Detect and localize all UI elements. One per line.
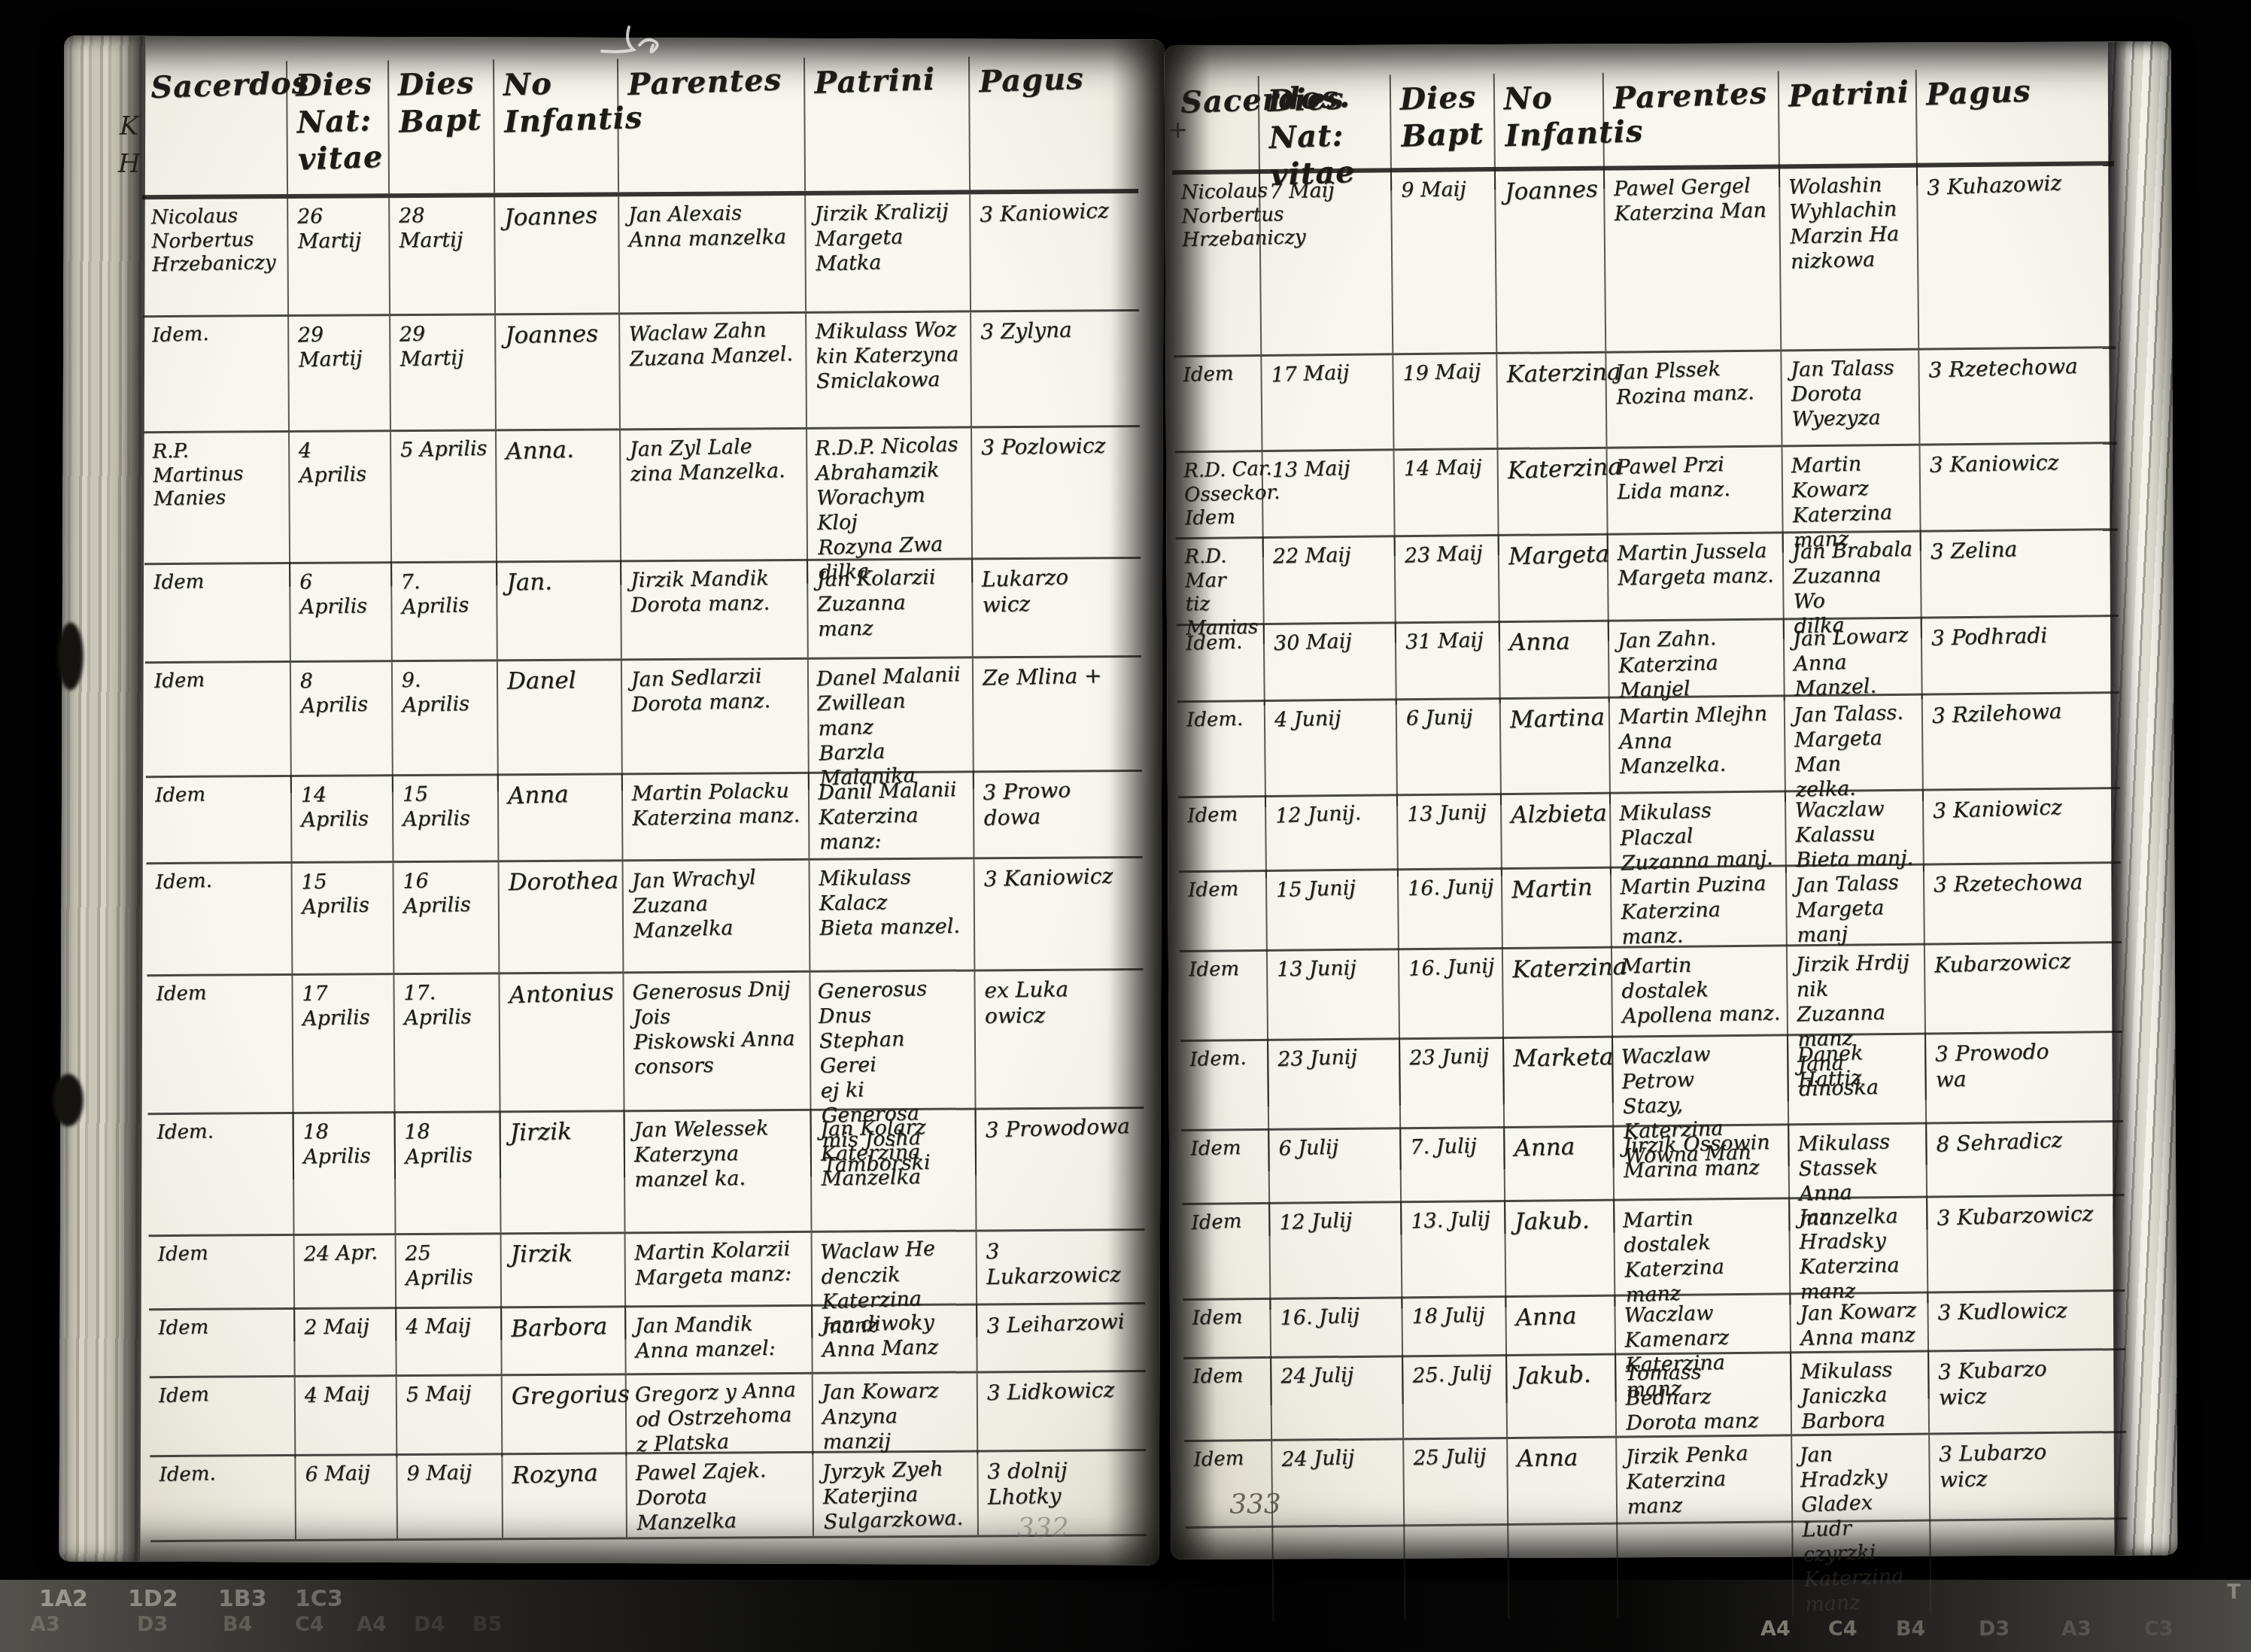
cell-dies_nat: 2 Maij <box>293 1309 396 1374</box>
register-row: Idem24 Julij25 JulijAnnaJirzik Penka Kat… <box>1184 1433 2127 1529</box>
film-frame-code: C4 <box>295 1613 324 1636</box>
cell-dies_nat: 4 Maij <box>294 1377 396 1458</box>
cell-parentes: Tomass Bednarz Dorota manz <box>1615 1353 1791 1436</box>
cell-dies_nat: 14 Aprilis <box>290 776 393 861</box>
header-pagus: Pagus <box>968 56 1138 190</box>
infans-text: Katerzina <box>1512 953 1627 985</box>
parentes-text: Pawel Przi Lida manz. <box>1616 453 1730 506</box>
sacerdos-text: Idem. <box>155 869 212 894</box>
dies_nat-text: 6 Aprilis <box>299 569 385 621</box>
cell-dies_bapt: 28 Martij <box>388 197 494 314</box>
dies_bapt-text: 25 Julij <box>1413 1445 1487 1472</box>
parentes-text: Jirzik Ossowin Marina manz <box>1623 1131 1771 1184</box>
dies_bapt-text: 19 Maij <box>1402 360 1481 387</box>
sacerdos-text: Idem <box>1193 1447 1244 1473</box>
pagus-text: 3 Podhradi <box>1931 623 2048 651</box>
pagus-text: 8 Sehradicz <box>1936 1127 2063 1157</box>
cell-infans: Barbora <box>501 1308 625 1374</box>
parentes-text: Tomass Bednarz Dorota manz <box>1625 1359 1785 1436</box>
register-row: R.P. Martinus Manies4 Aprilis5 AprilisAn… <box>144 427 1141 565</box>
cell-infans: Joannes <box>1494 171 1605 352</box>
sacerdos-text: Idem. <box>1185 630 1242 656</box>
film-code-strip: T 1A21D21B31C3A3D3B4C4A4D4B5A4C4B4D3A3C3 <box>0 1580 2251 1652</box>
register-table-left: Sacerdos.Dies Nat: vitaeDies BaptNo Infa… <box>141 56 1147 1542</box>
cell-dies_nat: 6 Aprilis <box>289 563 391 660</box>
cell-dies_bapt: 7. Aprilis <box>390 563 497 660</box>
dies_bapt-text: 5 Aprilis <box>400 436 488 463</box>
cell-infans: Katerzina <box>1496 354 1605 448</box>
register-row: Idem8 Aprilis9. AprilisDanelJan Sedlarzi… <box>145 657 1142 778</box>
dies_nat-text: 13 Junij <box>1277 956 1356 982</box>
patrini-text: Waczlaw Kalassu Bieta manj. <box>1795 797 1918 873</box>
infans-text: Anna <box>1514 1133 1575 1163</box>
infans-text: Anna <box>508 780 570 810</box>
cell-dies_bapt: 13. Julij <box>1401 1202 1505 1308</box>
sacerdos-text: Idem <box>154 669 205 694</box>
pagus-text: ex Luka owicz <box>984 976 1069 1029</box>
film-corner-mark: T <box>2227 1581 2240 1604</box>
cell-dies_bapt: 19 Maij <box>1393 354 1497 448</box>
dies_bapt-text: 6 Junij <box>1406 706 1473 732</box>
cell-infans: Dorothea <box>498 861 622 972</box>
cell-infans: Jakub. <box>1505 1355 1615 1437</box>
cell-dies_nat: 6 Maij <box>294 1456 396 1539</box>
register-row: Idem.29 Martij29 MartijJoannesWaclaw Zah… <box>143 312 1140 433</box>
cell-infans: Gregorius <box>501 1375 625 1456</box>
cell-patrini: Jan Kolarzii Zuzanna manz <box>807 560 972 657</box>
infans-text: Anna <box>1509 628 1571 657</box>
sacerdos-text: Idem <box>158 1383 209 1409</box>
infans-text: Marketa <box>1513 1043 1614 1073</box>
cell-infans: Joannes <box>494 196 618 314</box>
patrini-text: Wolashin Wyhlachin Marzin Ha nizkowa <box>1788 173 1900 275</box>
infans-text: Rozyna <box>512 1459 599 1491</box>
cell-parentes: Jirzik Mandik Dorota manz. <box>620 561 808 659</box>
pagus-text: 3 Pozlowicz <box>981 433 1106 460</box>
cell-dies_nat: 12 Julij <box>1268 1203 1402 1309</box>
film-frame-code: A3 <box>30 1613 60 1636</box>
cell-patrini: Jan Lowarz Anna Manzel. <box>1783 619 1921 701</box>
cell-dies_nat: 4 Junij <box>1264 701 1397 807</box>
microfilm-scan: K H Sacerdos.Dies Nat: vitaeDies BaptNo … <box>0 0 2251 1652</box>
film-frame-code: 1A2 <box>39 1586 88 1612</box>
cell-infans: Jakub. <box>1504 1201 1615 1307</box>
sacerdos-text: Idem <box>1188 877 1239 903</box>
parentes-text: Generosus Dnij Jois Piskowski Anna conso… <box>632 976 805 1080</box>
cell-pagus: 3 Leiharzowi <box>976 1304 1146 1371</box>
patrini-text: Mikulass Kalacz Bieta manzel. <box>819 864 968 941</box>
sacerdos-text: Idem. <box>152 323 209 348</box>
header-label: Parentes <box>1613 75 1769 117</box>
pagus-text: 3 Kuhazowiz <box>1927 170 2062 201</box>
register-row: Idem.6 Maij9 MaijRozynaPawel Zajek. Doro… <box>150 1451 1147 1543</box>
register-row: Idem14 Aprilis15 AprilisAnnaMartin Polac… <box>146 772 1143 864</box>
film-frame-code: B4 <box>223 1613 252 1636</box>
parentes-text: Jan Sedlarzii Dorota manz. <box>630 664 770 718</box>
sacerdos-text: Idem. <box>1189 1046 1247 1072</box>
dies_nat-text: 17 Aprilis <box>302 980 388 1032</box>
scratch-artifact <box>594 21 692 59</box>
dies_nat-text: 18 Aprilis <box>302 1119 388 1170</box>
film-frame-code: A4 <box>357 1613 387 1636</box>
dies_bapt-text: 25. Julij <box>1412 1361 1493 1389</box>
infans-text: Barbora <box>511 1313 608 1344</box>
dies_nat-text: 24 Julij <box>1281 1446 1355 1473</box>
sacerdos-text: Idem <box>1183 363 1234 388</box>
cell-sacerdos: Idem <box>1178 797 1265 879</box>
header-label: Patrini <box>1788 74 1910 116</box>
dies_nat-text: 14 Aprilis <box>300 782 386 833</box>
parentes-text: Pawel Zajek. Dorota Manzelka <box>635 1457 807 1536</box>
cell-parentes: Jan Wrachyl Zuzana Manzelka <box>621 861 810 971</box>
header-infans: No Infantis <box>493 59 617 193</box>
dies_bapt-text: 25 Aprilis <box>405 1240 495 1292</box>
register-row: Idem4 Maij5 MaijGregoriusGregorz y Anna … <box>150 1372 1147 1457</box>
sacerdos-text: R.P. Martinus Manies <box>152 437 283 512</box>
cell-dies_bapt: 15 Aprilis <box>392 776 498 861</box>
cell-patrini: Mikulass Janiczka Barbora <box>1790 1352 1928 1434</box>
cell-dies_bapt: 18 Aprilis <box>394 1113 500 1233</box>
pagus-text: 3 Leiharzowi <box>986 1309 1125 1339</box>
infans-text: Gregorius <box>512 1380 630 1411</box>
dies_nat-text: 4 Maij <box>304 1382 370 1409</box>
register-row: R.D. Mar tiz Manias22 Maij23 MaijMargeta… <box>1176 530 2119 626</box>
infans-text: Margeta <box>1508 540 1610 572</box>
dies_nat-text: 12 Junij. <box>1275 802 1362 830</box>
dies_nat-text: 30 Maij <box>1274 630 1353 657</box>
cell-sacerdos: Idem <box>144 564 290 661</box>
cell-dies_bapt: 29 Martij <box>389 316 495 430</box>
cell-dies_bapt: 25. Julij <box>1402 1356 1507 1438</box>
cell-pagus: 3 Kaniowicz <box>973 858 1143 969</box>
cell-pagus: 3 Rzetechowa <box>1923 864 2122 946</box>
dies_bapt-text: 7. Aprilis <box>400 568 491 621</box>
dies_nat-text: 4 Aprilis <box>298 437 384 489</box>
cell-sacerdos: Idem <box>150 1377 295 1459</box>
dies_nat-text: 7 Maij <box>1269 179 1335 205</box>
sacerdos-text: R.D. Car. Osseckor. Idem <box>1183 457 1281 532</box>
cell-parentes: Jan Sedlarzii Dorota manz. <box>620 660 808 791</box>
sacerdos-text: Idem <box>1187 803 1238 829</box>
header-sacerdos: Sacerdos. <box>141 61 287 195</box>
cell-parentes: Gregorz y Anna od Ostrzehoma z Platska <box>624 1374 813 1456</box>
sacerdos-text: Idem. <box>159 1462 216 1487</box>
cell-sacerdos: Idem. <box>143 317 288 430</box>
film-frame-code: C4 <box>1828 1617 1858 1641</box>
patrini-text: Mikulass Janiczka Barbora <box>1800 1357 1923 1435</box>
cell-patrini: Jan Talass Margeta manj <box>1785 865 1924 947</box>
film-frame-code: 1B3 <box>218 1586 267 1612</box>
sacerdos-text: Idem <box>156 982 207 1007</box>
sacerdos-text: Idem <box>1191 1210 1242 1235</box>
dies_nat-text: 26 Martij <box>297 203 383 254</box>
film-frame-code: D3 <box>137 1613 168 1636</box>
parentes-text: Martin Mlejhn Anna Manzelka. <box>1618 702 1779 780</box>
cell-dies_nat: 12 Junij. <box>1265 797 1397 878</box>
dies_bapt-text: 9 Maij <box>1401 178 1466 204</box>
cell-patrini: Jan Brabala Zuzanna Wo dilka <box>1782 533 1921 639</box>
film-frame-code: 1C3 <box>295 1586 343 1612</box>
header-label: Dies Nat: vitae <box>1267 80 1386 194</box>
parentes-text: Martin Jussela Margeta manz. <box>1618 539 1775 592</box>
page-number: 333 <box>1229 1489 1281 1520</box>
sacerdos-text: Idem <box>1189 958 1240 982</box>
margin-annotation: K <box>120 111 139 141</box>
cell-patrini: Jan Hradsky Katerzina manz <box>1788 1198 1927 1304</box>
cell-pagus: 3 Lidkowicz <box>977 1372 1147 1453</box>
patrini-text: Danil Malanii Katerzina manz: <box>818 777 968 855</box>
sacerdos-text: Idem <box>157 1242 208 1268</box>
cell-dies_nat: 29 Martij <box>287 317 390 430</box>
film-frame-code: A4 <box>1760 1617 1791 1641</box>
cell-infans: Rozyna <box>502 1454 626 1538</box>
dies_nat-text: 29 Martij <box>297 321 384 374</box>
pagus-text: 3 Kudlowicz <box>1937 1298 2067 1326</box>
pagus-text: 3 dolnij Lhotky <box>987 1456 1141 1511</box>
patrini-text: R.D.P. Nicolas Abrahamzik Worachym Kloj … <box>815 433 967 585</box>
cell-dies_bapt: 9 Maij <box>1390 172 1496 353</box>
register-row: Idem6 Julij7. JulijAnnaJirzik Ossowin Ma… <box>1181 1122 2124 1205</box>
parentes-text: Martin dostalek Apollena manz. <box>1621 952 1782 1029</box>
cell-sacerdos: Idem. <box>147 864 292 974</box>
film-frame-code: B5 <box>472 1613 502 1636</box>
film-frame-code: D4 <box>414 1613 445 1636</box>
register-row: Idem2 Maij4 MaijBarboraJan Mandik Anna m… <box>149 1304 1146 1378</box>
cell-patrini: Martin Kowarz Katerzina manz <box>1782 446 1920 552</box>
cell-sacerdos: Idem. <box>1177 702 1265 808</box>
table-header-row: Sacerdos.Dies Nat: vitaeDies BaptNo Infa… <box>141 56 1138 199</box>
cell-patrini: Danel Malanii Zwillean manz Barzla Malan… <box>807 659 973 790</box>
patrini-text: Jan Talass Margeta manj <box>1795 870 1918 948</box>
dies_bapt-text: 18 Julij <box>1412 1304 1486 1330</box>
patrini-text: Jan diwoky Anna Manz <box>822 1311 939 1364</box>
infans-text: Anna. <box>506 436 575 466</box>
cell-pagus: Lukarzo wicz <box>971 559 1141 657</box>
pagus-text: 3 Lukarzowicz <box>986 1236 1139 1291</box>
patrini-text: Jirzik Kralizij Margeta Matka <box>815 199 964 277</box>
infans-text: Martin <box>1511 873 1593 905</box>
dies_nat-text: 12 Julij <box>1279 1209 1353 1237</box>
sacerdos-text: Idem <box>1192 1306 1243 1332</box>
infans-text: Danel <box>507 667 576 696</box>
dies_bapt-text: 16 Aprilis <box>403 867 493 919</box>
cell-sacerdos: Idem. <box>150 1456 295 1541</box>
patrini-text: Jan Hradsky Katerzina manz <box>1799 1204 1921 1305</box>
cell-sacerdos: Idem <box>1179 872 1266 953</box>
pagus-text: 3 Kubarzowicz <box>1937 1201 2094 1231</box>
cell-parentes: Jan Alexais Anna manzelka <box>618 196 806 313</box>
patrini-text: Jan Kowarz Anzyna manzij <box>822 1378 971 1455</box>
header-dies_nat: Dies Nat: vitae <box>286 60 388 194</box>
infans-text: Joannes <box>1505 175 1599 207</box>
cell-dies_nat: 26 Martij <box>287 198 389 314</box>
parentes-text: Jan Alexais Anna manzelka <box>627 200 786 253</box>
parentes-text: Jirzik Mandik Dorota manz. <box>630 566 770 618</box>
cell-pagus: 3 Zylyna <box>970 312 1140 427</box>
cell-patrini: Danil Malanii Katerzina manz: <box>808 773 973 858</box>
register-right-page: + Sacerdos.Dies Nat: vitaeDies BaptNo In… <box>1165 41 2177 1559</box>
register-row: Idem12 Julij13. JulijJakub.Martin dostal… <box>1182 1196 2125 1301</box>
cell-pagus: 3 Rzetechowa <box>1918 348 2116 444</box>
cell-sacerdos: Idem. <box>148 1114 293 1234</box>
dies_bapt-text: 29 Martij <box>399 320 489 372</box>
infans-text: Antonius <box>509 978 614 1010</box>
dies_bapt-text: 18 Aprilis <box>404 1118 495 1171</box>
film-frame-code: A3 <box>2061 1617 2092 1641</box>
parentes-text: Jan Zahn. Katerzina Manjel <box>1618 624 1779 704</box>
infans-text: Joannes <box>505 320 599 351</box>
pagus-text: 3 Kaniowicz <box>1933 795 2062 824</box>
frayed-binding-edge <box>59 35 145 1561</box>
header-dies_bapt: Dies Bapt <box>387 59 494 193</box>
cell-parentes: Martin Mlejhn Anna Manzelka. <box>1609 697 1785 804</box>
table-header-row: Sacerdos.Dies Nat: vitaeDies BaptNo Infa… <box>1171 68 2114 175</box>
parentes-text: Martin Puzina Katerzina manz. <box>1620 871 1781 950</box>
parentes-text: Pawel Gergel Katerzina Man <box>1614 174 1767 227</box>
dies_nat-text: 16. Julij <box>1280 1304 1359 1332</box>
cell-dies_nat: 7 Maij <box>1259 173 1393 355</box>
patrini-text: Danek Hattiz <box>1797 1039 1919 1093</box>
infans-text: Jan. <box>506 568 553 597</box>
cell-dies_bapt: 31 Maij <box>1395 623 1499 704</box>
sacerdos-text: R.D. Mar tiz Manias <box>1184 545 1259 642</box>
cell-infans: Jirzik <box>500 1112 624 1232</box>
infans-text: Anna <box>1515 1302 1577 1333</box>
cell-dies_bapt: 13 Junij <box>1396 795 1501 876</box>
pagus-text: 3 Rzetechowa <box>1934 869 2083 897</box>
cross-annotation: + <box>1168 115 1188 144</box>
film-frame-code: C3 <box>2144 1617 2174 1641</box>
cell-parentes: Pawel Zajek. Dorota Manzelka <box>625 1453 813 1537</box>
register-row: Idem17 Maij19 MaijKaterzinaJan Plssek Ro… <box>1174 348 2116 453</box>
patrini-text: Jyrzyk Zyeh Katerjina Sulgarzkowa. <box>822 1456 964 1535</box>
cell-pagus: 3 Prowo dowa <box>973 772 1143 858</box>
register-row: Idem24 Julij25. JulijJakub.Tomass Bednar… <box>1183 1350 2126 1443</box>
dies_bapt-text: 31 Maij <box>1405 628 1484 655</box>
cell-infans: Joannes <box>494 315 618 429</box>
cell-pagus: 3 Kubarzowicz <box>1926 1196 2125 1303</box>
header-label: Pagus <box>1925 73 2031 114</box>
infans-text: Jirzik <box>511 1240 573 1269</box>
patrini-text: Jan Kolarz Katerzina Manzelka <box>820 1116 928 1192</box>
infans-text: Katerzina <box>1507 454 1622 486</box>
dies_bapt-text: 9. Aprilis <box>401 667 491 718</box>
register-left-page: K H Sacerdos.Dies Nat: vitaeDies BaptNo … <box>59 35 1164 1565</box>
cell-parentes: Martin dostalek Katerzina manz <box>1613 1199 1789 1306</box>
dies_nat-text: 24 Apr. <box>303 1241 378 1268</box>
cell-patrini: Jan Talass. Margeta Man zelka. <box>1784 696 1922 802</box>
pagus-text: 3 Kaniowicz <box>983 864 1113 892</box>
parentes-text: Jan Welessek Katerzyna manzel ka. <box>633 1116 770 1193</box>
dies_bapt-text: 7. Julij <box>1411 1134 1478 1161</box>
dies_bapt-text: 16. Junij <box>1408 875 1494 902</box>
parentes-text: Waclaw Zahn Zuzana Manzel. <box>628 317 793 372</box>
cell-dies_nat: 30 Maij <box>1263 624 1396 705</box>
cell-parentes: Waclaw Zahn Zuzana Manzel. <box>618 314 807 428</box>
cell-parentes: Martin Puzina Katerzina manz. <box>1610 867 1786 949</box>
register-row: Idem6 Aprilis7. AprilisJan.Jirzik Mandik… <box>144 559 1141 664</box>
cell-pagus: 3 Kuhazowiz <box>1916 166 2116 348</box>
cell-patrini: Jirzik Kralizij Margeta Matka <box>805 194 970 311</box>
cell-parentes: Jan Mandik Anna manzel: <box>624 1307 812 1373</box>
pagus-text: 3 Prowodo wa <box>1935 1039 2050 1093</box>
dies_nat-text: 4 Junij <box>1274 707 1341 733</box>
register-row: Idem15 Junij16. JunijMartinMartin Puzina… <box>1179 864 2122 952</box>
parentes-text: Gregorz y Anna od Ostrzehoma z Platska <box>634 1378 797 1458</box>
film-frame-code: D3 <box>1979 1617 2009 1641</box>
register-row: Idem17 Aprilis17. AprilisAntoniusGeneros… <box>147 970 1144 1115</box>
dies_bapt-text: 14 Maij <box>1404 456 1482 482</box>
dies_bapt-text: 13. Julij <box>1411 1207 1490 1234</box>
cell-patrini: Jan Talass Dorota Wyezyza <box>1781 351 1919 445</box>
dies_nat-text: 15 Junij <box>1276 876 1356 903</box>
dies_bapt-text: 5 Maij <box>406 1381 471 1408</box>
header-label: Dies Bapt <box>397 65 488 141</box>
pagus-text: 3 Rzetechowa <box>1928 354 2078 384</box>
register-table-right: Sacerdos.Dies Nat: vitaeDies BaptNo Infa… <box>1171 68 2127 1529</box>
cell-sacerdos: Nicolaus Norbertus Hrzebaniczy <box>142 199 287 316</box>
cell-sacerdos: Idem <box>149 1310 293 1376</box>
cell-patrini: Jan Kowarz Anzyna manzij <box>812 1373 977 1454</box>
sacerdos-text: Idem <box>1190 1137 1241 1162</box>
patrini-text: Jan Talass. Margeta Man zelka. <box>1794 700 1918 803</box>
register-row: Idem24 Apr.25 AprilisJirzikMartin Kolarz… <box>149 1231 1146 1311</box>
pagus-text: 3 Kaniowicz <box>1929 450 2058 478</box>
cell-dies_nat: 15 Aprilis <box>290 863 393 973</box>
dies_bapt-text: 28 Martij <box>399 203 488 254</box>
pagus-text: 3 Lidkowicz <box>986 1377 1114 1406</box>
cell-patrini: Wolashin Wyhlachin Marzin Ha nizkowa <box>1779 168 1918 350</box>
sacerdos-text: Idem <box>158 1316 209 1341</box>
infans-text: Joannes <box>504 202 598 232</box>
pagus-text: 3 Kaniowicz <box>980 198 1110 228</box>
patrini-text: Jan Talass Dorota Wyezyza <box>1791 356 1913 433</box>
infans-text: Jirzik <box>510 1118 573 1148</box>
dies_bapt-text: 9 Maij <box>406 1460 472 1486</box>
parentes-text: Jirzik Penka Katerzina manz <box>1625 1441 1786 1520</box>
register-row: Idem.4 Junij6 JunijMartinaMartin Mlejhn … <box>1177 694 2120 798</box>
pagus-text: 3 Kubarzo wicz <box>1937 1356 2048 1411</box>
dies_nat-text: 23 Junij <box>1277 1046 1358 1073</box>
cell-dies_bapt: 16 Aprilis <box>393 862 499 973</box>
cell-sacerdos: Idem <box>1174 357 1261 451</box>
page-number: 332 <box>1017 1513 1069 1544</box>
dies_bapt-text: 4 Maij <box>406 1314 471 1340</box>
sacerdos-text: Idem <box>155 783 206 808</box>
header-label: Pagus <box>978 61 1084 101</box>
sacerdos-text: Idem <box>153 570 204 595</box>
sacerdos-text: Idem. <box>1186 708 1244 733</box>
register-row: Idem.30 Maij31 MaijAnnaJan Zahn. Katerzi… <box>1177 617 2119 703</box>
cell-dies_bapt: 4 Maij <box>395 1309 501 1374</box>
sacerdos-text: Idem <box>1192 1365 1244 1389</box>
parentes-text: Martin Polacku Katerzina manz. <box>631 779 800 832</box>
cell-pagus: 3 Prowodowa <box>974 1109 1144 1229</box>
dies_bapt-text: 23 Maij <box>1405 542 1484 569</box>
cell-dies_nat: 24 Julij <box>1270 1357 1402 1439</box>
dies_bapt-text: 15 Aprilis <box>403 781 492 832</box>
cell-parentes: Jan Welessek Katerzyna manzel ka. <box>623 1111 811 1232</box>
parentes-text: Mikulass Placzal Zuzanna manj. <box>1619 797 1780 877</box>
pagus-text: Kubarzowicz <box>1934 949 2071 979</box>
pagus-text: 3 Prowo dowa <box>983 777 1072 831</box>
cell-sacerdos: Idem <box>1182 1204 1270 1310</box>
cell-patrini: R.D.P. Nicolas Abrahamzik Worachym Kloj … <box>806 428 971 584</box>
header-patrini: Patrini <box>803 56 969 190</box>
infans-text: Katerzina <box>1506 359 1621 390</box>
cell-infans: Martina <box>1499 699 1610 805</box>
register-row: Idem.18 Aprilis18 AprilisJirzikJan Weles… <box>148 1109 1145 1237</box>
